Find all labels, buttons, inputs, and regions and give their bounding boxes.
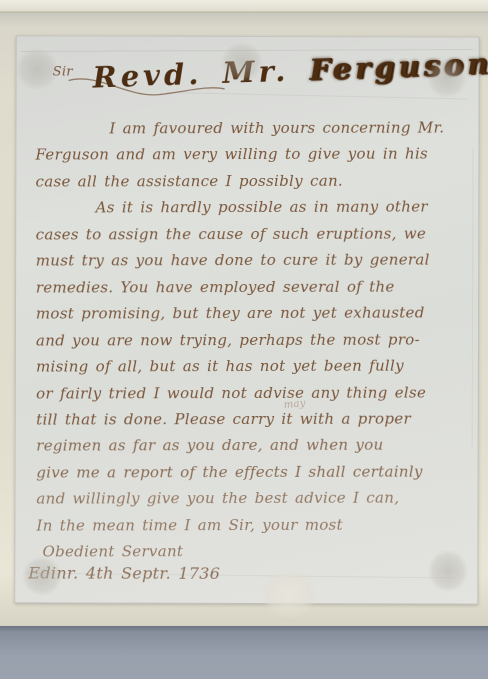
letter-line: or fairly tried I would not advise any t… xyxy=(36,379,466,407)
book-page-top-edge xyxy=(0,0,488,13)
letter-sheet: Sir Revd. Mr. Ferguson I am favoured wit… xyxy=(14,35,479,604)
letter-line: I am favoured with yours concerning Mr. xyxy=(35,114,465,142)
letter-line: and you are now trying, perhaps the most… xyxy=(36,326,466,354)
dateline: Edinr. 4th Septr. 1736 xyxy=(28,563,220,583)
letter-line: In the mean time I am Sir, your most xyxy=(36,511,466,539)
docket-title: Revd. Mr. Ferguson xyxy=(92,47,473,95)
letter-line: cases to assign the cause of such erupti… xyxy=(36,220,466,248)
letter-line: till that is done. Please carry it with … xyxy=(36,405,466,433)
letter-line: give me a report of the effects I shall … xyxy=(36,458,466,486)
paper-crease xyxy=(472,148,474,448)
letter-line: must try as you have done to cure it by … xyxy=(36,247,466,275)
letter-line: Ferguson and am very willing to give you… xyxy=(35,141,465,169)
manuscript-photo: Sir Revd. Mr. Ferguson I am favoured wit… xyxy=(0,0,488,679)
interlinear-insertion: may xyxy=(283,398,306,411)
letter-line: case all the assistance I possibly can. xyxy=(35,167,465,195)
letter-line: Obedient Servant xyxy=(36,538,466,566)
docket-title-prefix: Revd. Mr. xyxy=(92,54,290,95)
letter-line: regimen as far as you dare, and when you xyxy=(36,432,466,460)
letter-line: most promising, but they are not yet exh… xyxy=(36,300,466,328)
table-surface xyxy=(0,626,488,679)
letter-body: I am favoured with yours concerning Mr. … xyxy=(35,114,466,565)
letter-line: As it is hardly possible as in many othe… xyxy=(36,194,466,222)
letter-line: mising of all, but as it has not yet bee… xyxy=(36,353,466,381)
letter-line: remedies. You have employed several of t… xyxy=(36,273,466,301)
letter-line: and willingly give you the best advice I… xyxy=(36,485,466,513)
docket-title-name: Ferguson xyxy=(309,46,488,87)
